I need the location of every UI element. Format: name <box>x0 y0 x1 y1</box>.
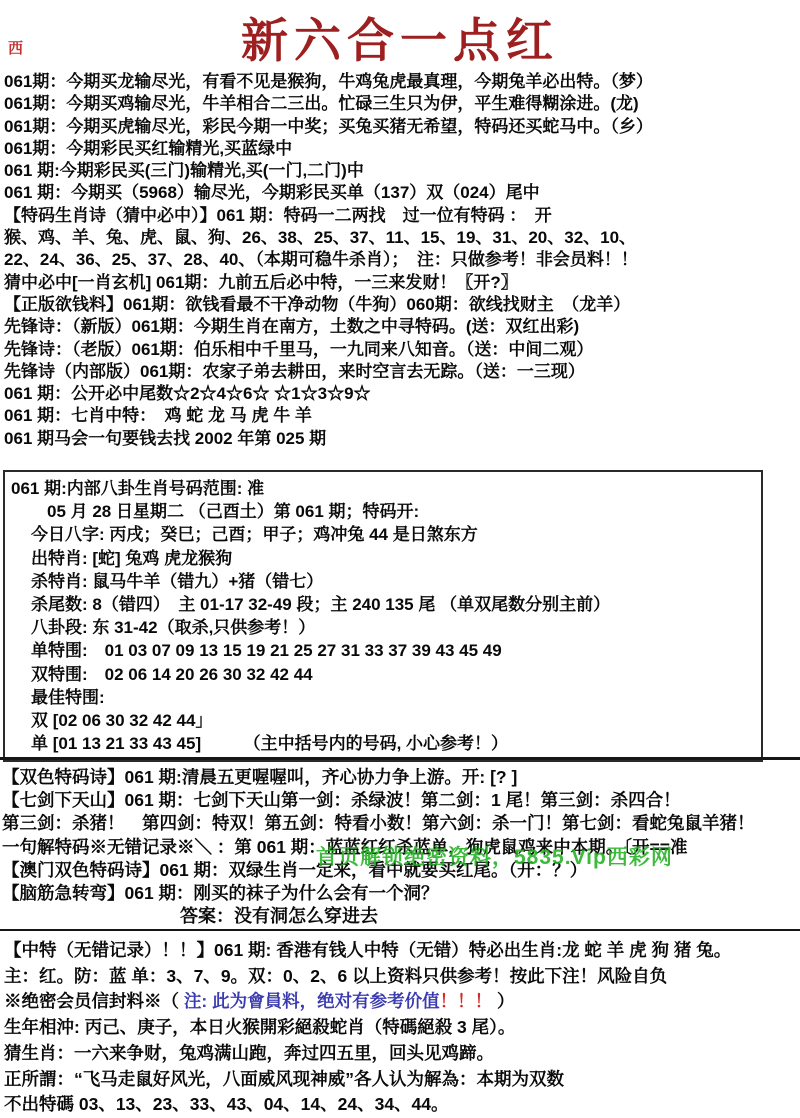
text-line: 【正版欲钱料】061期：欲钱看最不干净动物（牛狗）060期：欲线找财主 （龙羊） <box>4 294 796 316</box>
text-line: 061 期:今期彩民买(三门)输精光,买(一门,二门)中 <box>4 160 796 182</box>
text-line: 061 期：公开必中尾数☆2☆4☆6☆ ☆1☆3☆9☆ <box>4 383 796 405</box>
text-line: 061 期:内部八卦生肖号码范围: 准 <box>11 477 761 500</box>
middle-section: 【双色特码诗】061 期:清晨五更喔喔叫，齐心协力争上游。开: [? ] 【七剑… <box>2 766 798 928</box>
text-line: 061期：今期彩民买红输精光,买蓝绿中 <box>4 138 796 160</box>
text-line: 单 [01 13 21 33 43 45] （主中括号内的号码, 小心参考！） <box>31 732 761 755</box>
horizontal-divider <box>0 757 800 760</box>
text-line: 生年相沖: 丙己、庚子，本日火猴開彩絕殺蛇肖（特碼絕殺 3 尾）。 <box>4 1015 796 1041</box>
text-line: 22、24、36、25、37、28、40、（本期可稳牛杀肖）； 注：只做参考！非… <box>4 249 796 271</box>
bagua-info-box: 061 期:内部八卦生肖号码范围: 准 05 月 28 日星期二 （己酉土）第 … <box>3 470 763 762</box>
text-line: 先锋诗（内部版）061期：农家子弟去耕田，来时空言去无踪。（送：一三现） <box>4 361 796 383</box>
note-suffix: ） <box>492 991 514 1011</box>
text-line: 【特码生肖诗（猜中必中）】061 期：特码一二两找 过一位有特码 ： 开 <box>4 205 796 227</box>
text-line: 先锋诗：（新版）061期：今期生肖在南方，土数之中寻特码。(送：双红出彩) <box>4 316 796 338</box>
text-line: 05 月 28 日星期二 （己酉土）第 061 期；特码开: <box>47 500 761 523</box>
corner-stamp: 西 <box>8 37 23 58</box>
text-line: 今日八字: 丙戌；癸巳；己酉；甲子；鸡冲兔 44 是日煞东方 <box>31 523 761 546</box>
text-line: 【澳门双色特码诗】061 期：双绿生肖一定来，看中就要买红尾。（开：？） <box>2 859 798 882</box>
note-blue-text: 注: 此为會員料，绝对有参考价值 <box>184 991 440 1011</box>
text-line: 猜生肖：一六来争财，兔鸡满山跑，奔过四五里，回头见鸡蹄。 <box>4 1041 796 1067</box>
page-title: 新六合一点红 <box>0 4 800 71</box>
text-line: 【中特（无错记录）！！】061 期: 香港有钱人中特（无错）特必出生肖:龙 蛇 … <box>4 938 796 964</box>
text-line: 双 [02 06 30 32 42 44」 <box>31 709 761 732</box>
text-line: 先锋诗：（老版）061期：伯乐相中千里马，一九同来八知音。（送：中间二观） <box>4 339 796 361</box>
note-red-text: ！！！ <box>440 991 493 1011</box>
text-line: 【双色特码诗】061 期:清晨五更喔喔叫，齐心协力争上游。开: [? ] <box>2 766 798 789</box>
text-line: 最佳特围: <box>31 686 761 709</box>
riddle-answer: 答案：没有洞怎么穿进去 <box>180 905 798 928</box>
text-line: 猜中必中[一肖玄机] 061期：九前五后必中特，一三来发财！〖开?〗 <box>4 272 796 294</box>
note-prefix: ※绝密会员信封料※（ <box>4 991 184 1011</box>
horizontal-divider <box>0 929 800 931</box>
text-line: 【七剑下天山】061 期：七剑下天山第一剑：杀绿波！第二剑：1 尾！第三剑：杀四… <box>2 789 798 812</box>
member-note-line: ※绝密会员信封料※（ 注: 此为會員料，绝对有参考价值！！！ ） <box>4 989 796 1015</box>
text-line: 一句解特码※无错记录※＼ ：第 061 期：蓝蓝红红杀蓝单，狗虎鼠鸡来中本期。〔… <box>2 836 798 859</box>
text-line: 正所謂：“飞马走鼠好风光，八面威风现神威”各人认为解為：本期为双数 <box>4 1067 796 1093</box>
top-section: 061期：今期买龙输尽光，有看不见是猴狗，牛鸡兔虎最真理，今期兔羊必出特。（梦）… <box>4 71 796 450</box>
text-line: 061 期马会一句要钱去找 2002 年第 025 期 <box>4 428 796 450</box>
text-line: 【脑筋急转弯】061 期：刚买的袜子为什么会有一个洞？ <box>2 882 798 905</box>
text-line: 双特围: 02 06 14 20 26 30 32 42 44 <box>31 663 761 686</box>
text-line: 杀尾数: 8（错四） 主 01-17 32-49 段；主 240 135 尾 （… <box>31 593 761 616</box>
text-line: 出特肖: [蛇] 兔鸡 虎龙猴狗 <box>31 547 761 570</box>
lottery-tip-sheet: { "colors": { "title_red": "#9e1f1f", "s… <box>0 0 800 1118</box>
text-line: 061 期：今期买（5968）输尽光，今期彩民买单（137）双（024）尾中 <box>4 182 796 204</box>
text-line: 061期：今期买龙输尽光，有看不见是猴狗，牛鸡兔虎最真理，今期兔羊必出特。（梦） <box>4 71 796 93</box>
text-line: 猴、鸡、羊、兔、虎、鼠、狗、26、38、25、37、11、15、19、31、20… <box>4 227 796 249</box>
text-line: 主：红。防：蓝 单：3、7、9。双：0、2、6 以上资料只供参考！按此下注！风险… <box>4 964 796 990</box>
text-line: 061期：今期买虎输尽光，彩民今期一中奖；买兔买猪无希望，特码还买蛇马中。（乡） <box>4 116 796 138</box>
text-line: 不出特碼 03、13、23、33、43、04、14、24、34、44。 <box>4 1092 796 1118</box>
text-line: 061期：今期买鸡输尽光，牛羊相合二三出。忙碌三生只为伊，平生难得糊涂进。(龙) <box>4 93 796 115</box>
text-line: 单特围: 01 03 07 09 13 15 19 21 25 27 31 33… <box>31 639 761 662</box>
text-line: 061 期：七肖中特： 鸡 蛇 龙 马 虎 牛 羊 <box>4 405 796 427</box>
bottom-section: 【中特（无错记录）！！】061 期: 香港有钱人中特（无错）特必出生肖:龙 蛇 … <box>4 938 796 1118</box>
text-line: 杀特肖: 鼠马牛羊（错九）+猪（错七） <box>31 570 761 593</box>
text-line: 八卦段: 东 31-42（取杀,只供参考！） <box>31 616 761 639</box>
text-line: 第三剑：杀猪！ 第四剑：特双！第五剑：特看小数！第六剑：杀一门！第七剑：看蛇兔鼠… <box>2 812 798 835</box>
